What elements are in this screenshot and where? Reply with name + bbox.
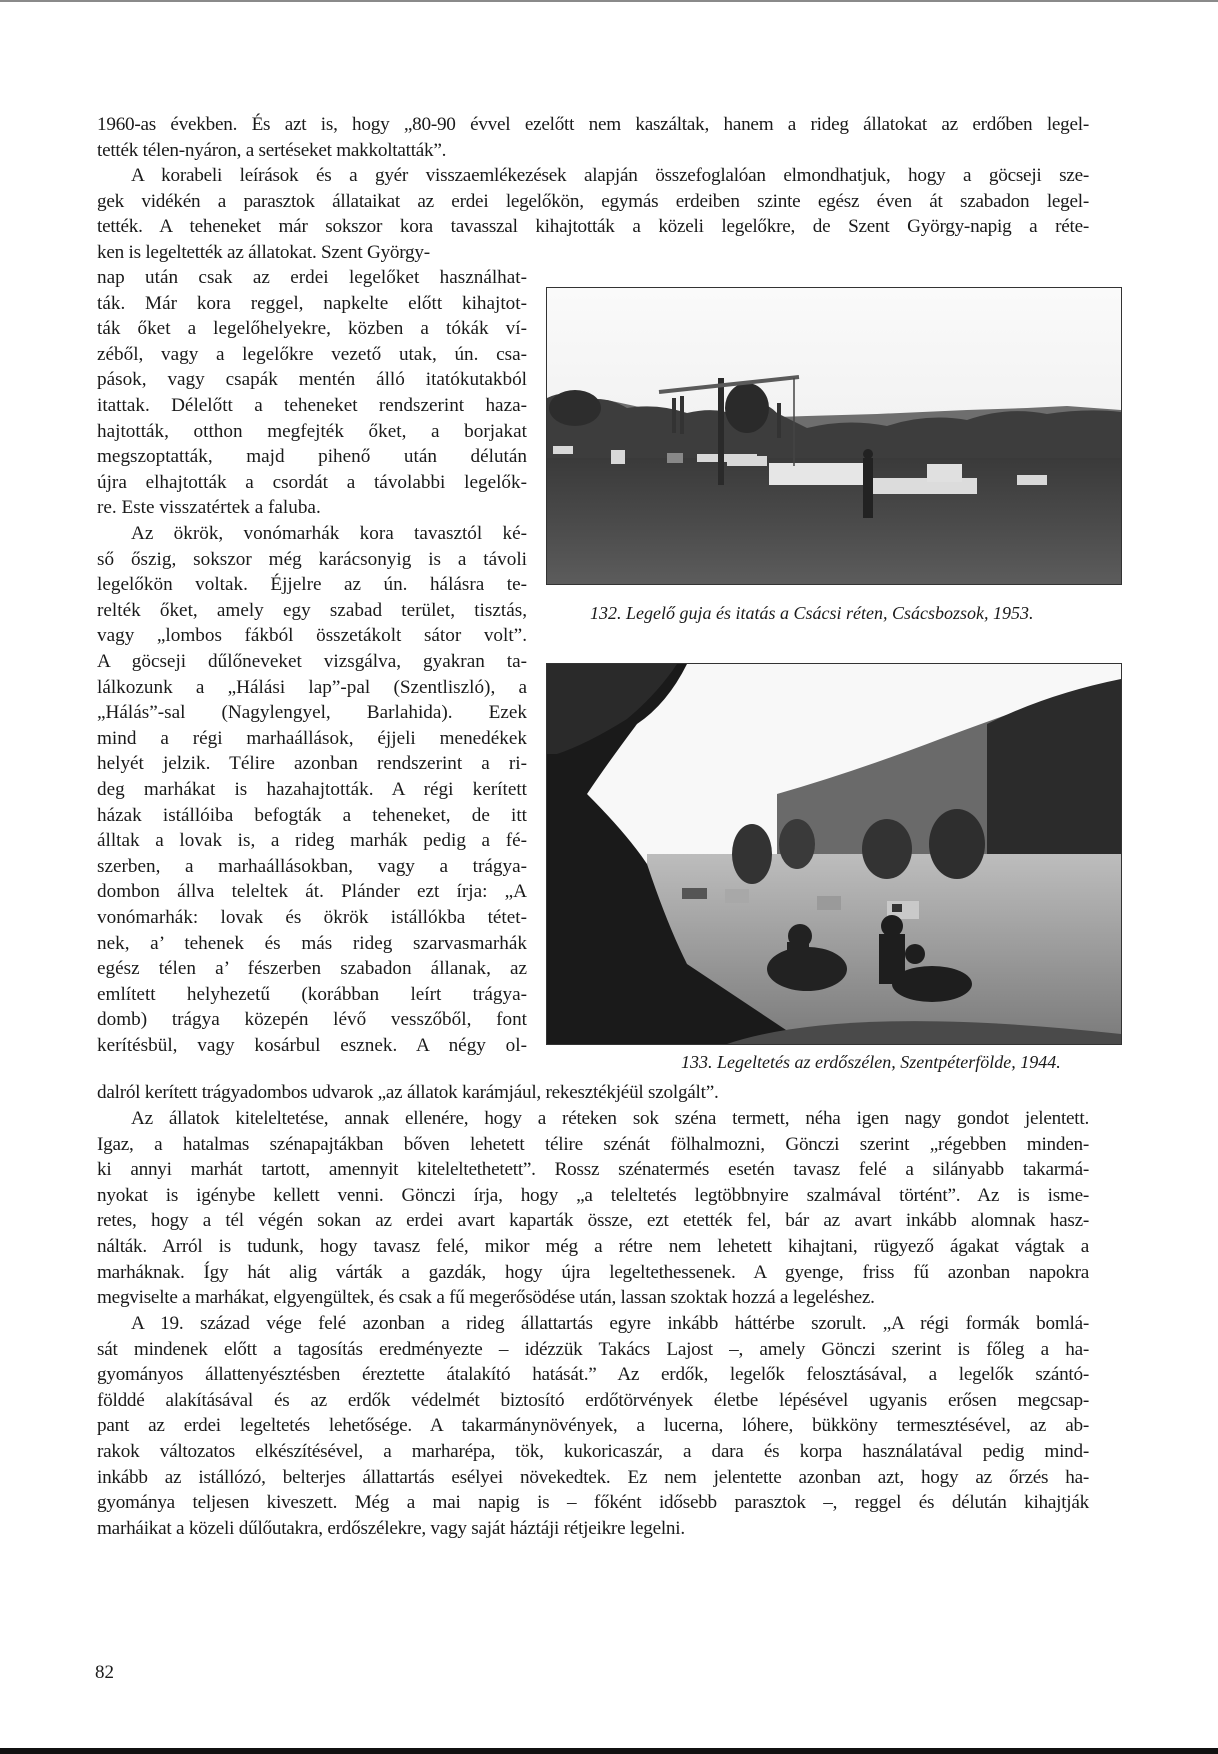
- forest-edge-grazing-image: [547, 664, 1121, 1044]
- text-line: Az állatok kiteleltetése, annak ellenére…: [97, 1106, 1089, 1132]
- text-line: megszoptatták, majd pihenő után délután: [97, 444, 527, 470]
- figure-132-photo: [546, 287, 1122, 585]
- text-line: vagy „lombos fákból összetákolt sátor vo…: [97, 623, 527, 649]
- text-line: tették télen-nyáron, a sertéseket makkol…: [97, 138, 1089, 164]
- text-line: ták őket a legelőhelyekre, közben a tóká…: [97, 316, 527, 342]
- text-line: 1960-as években. És azt is, hogy „80-90 …: [97, 112, 1089, 138]
- text-line: pant az erdei legeltetés lehetősége. A t…: [97, 1413, 1089, 1439]
- text-line: szerben, a marhaállásokban, vagy a trágy…: [97, 854, 527, 880]
- text-line: gek vidékén a parasztok állataikat az er…: [97, 189, 1089, 215]
- text-line: gyományos állattenyésztésben éreztette á…: [97, 1362, 1089, 1388]
- text-line: itattak. Délelőtt a teheneket rendszerin…: [97, 393, 527, 419]
- text-line: említett helyhezetű (korábban leírt trág…: [97, 982, 527, 1008]
- figure-132-caption: 132. Legelő guja és itatás a Csácsi réte…: [590, 603, 1034, 624]
- text-line: álltak a lovak is, a rideg marhák pedig …: [97, 828, 527, 854]
- well-sweep-pasture-image: [547, 288, 1121, 584]
- figure-133-photo: [546, 663, 1122, 1045]
- paragraph-enclosures-end: dalról kerített trágyadombos udvarok „az…: [97, 1080, 1089, 1106]
- text-line: sát mindenek előtt a tagosítás eredménye…: [97, 1337, 1089, 1363]
- column-paragraph-oxen: Az ökrök, vonómarhák kora tavasztól ké- …: [97, 521, 527, 1058]
- text-line: ták. Már kora reggel, napkelte előtt kih…: [97, 291, 527, 317]
- text-line: Az ökrök, vonómarhák kora tavasztól ké-: [97, 521, 527, 547]
- text-line: újra elhajtották a csordát a távolabbi l…: [97, 470, 527, 496]
- text-line: földdé alakításával és az erdők védelmét…: [97, 1388, 1089, 1414]
- text-line: gyománya teljesen kiveszett. Még a mai n…: [97, 1490, 1089, 1516]
- text-line: nálták. Arról is tudunk, hogy tavasz fel…: [97, 1234, 1089, 1260]
- text-line: Igaz, a hatalmas szénapajtákban bőven le…: [97, 1132, 1089, 1158]
- text-line: dombon állva teleltek át. Plánder ezt ír…: [97, 879, 527, 905]
- text-line: ső őszig, sokszor még karácsonyig is a t…: [97, 547, 527, 573]
- paragraph-19th-century: A 19. század vége felé azonban a rideg á…: [97, 1311, 1089, 1541]
- text-line: nyokat is igénybe kellett venni. Gönczi …: [97, 1183, 1089, 1209]
- text-line: dalról kerített trágyadombos udvarok „az…: [97, 1080, 1089, 1106]
- page-bottom-edge: [0, 1748, 1218, 1754]
- text-line: helyét jelzik. Télire azonban rendszerin…: [97, 751, 527, 777]
- text-line: re. Este visszatértek a faluba.: [97, 495, 527, 521]
- text-line: ki annyi marhát tartott, amennyit kitele…: [97, 1157, 1089, 1183]
- text-line: nap után csak az erdei legelőket használ…: [97, 265, 527, 291]
- text-line: vonómarhák: lovak és ökrök istállókba té…: [97, 905, 527, 931]
- text-line: legelőkön voltak. Éjjelre az ún. hálásra…: [97, 572, 527, 598]
- paragraph-summary: A korabeli leírások és a gyér visszaemlé…: [97, 163, 1089, 265]
- text-line: mind a régi marhaállások, éjjeli menedék…: [97, 726, 527, 752]
- figure-133-caption: 133. Legeltetés az erdőszélen, Szentpéte…: [681, 1052, 1061, 1073]
- text-line: A göcseji dűlőneveket vizsgálva, gyakran…: [97, 649, 527, 675]
- text-line: egész télen a’ fészerben szabadon állana…: [97, 956, 527, 982]
- text-line: lálkozunk a „Hálási lap”-pal (Szentliszl…: [97, 675, 527, 701]
- text-line: „Hálás”-sal (Nagylengyel, Barlahida). Ez…: [97, 700, 527, 726]
- text-line: marháknak. Így hát alig várták a gazdák,…: [97, 1260, 1089, 1286]
- text-line: relték őket, amely egy szabad terület, t…: [97, 598, 527, 624]
- text-line: rakok változatos elkészítésével, a marha…: [97, 1439, 1089, 1465]
- text-line: deg marhákat is hazahajtották. A régi ke…: [97, 777, 527, 803]
- text-line: marháikat a közeli dűlőutakra, erdőszéle…: [97, 1516, 1089, 1542]
- page-number: 82: [95, 1662, 114, 1684]
- page-top-rule: [0, 0, 1218, 2]
- text-line: domb) trágya közepén lévő vesszőből, fon…: [97, 1007, 527, 1033]
- text-line: hajtották, otthon megfejték őket, a borj…: [97, 419, 527, 445]
- text-line: inkább az istállózó, belterjes állattart…: [97, 1465, 1089, 1491]
- column-paragraph-pasture: nap után csak az erdei legelőket használ…: [97, 265, 527, 521]
- paragraph-intro: 1960-as években. És azt is, hogy „80-90 …: [97, 112, 1089, 163]
- text-line: A korabeli leírások és a gyér visszaemlé…: [97, 163, 1089, 189]
- text-line: retes, hogy a tél végén sokan az erdei a…: [97, 1208, 1089, 1234]
- text-line: ken is legeltették az állatokat. Szent G…: [97, 240, 1089, 266]
- text-line: nek, a’ tehenek és más rideg szarvasmarh…: [97, 931, 527, 957]
- paragraph-wintering: Az állatok kiteleltetése, annak ellenére…: [97, 1106, 1089, 1311]
- text-line: házak istállóiba befogták a teheneket, d…: [97, 803, 527, 829]
- text-line: A 19. század vége felé azonban a rideg á…: [97, 1311, 1089, 1337]
- text-line: kerítésbül, vagy kosárbul esznek. A négy…: [97, 1033, 527, 1059]
- text-line: zéből, vagy a legelőkre vezető utak, ún.…: [97, 342, 527, 368]
- text-line: tették. A teheneket már sokszor kora tav…: [97, 214, 1089, 240]
- text-line: megviselte a marhákat, elgyengültek, és …: [97, 1285, 1089, 1311]
- text-line: pások, vagy csapák mentén álló itatókuta…: [97, 367, 527, 393]
